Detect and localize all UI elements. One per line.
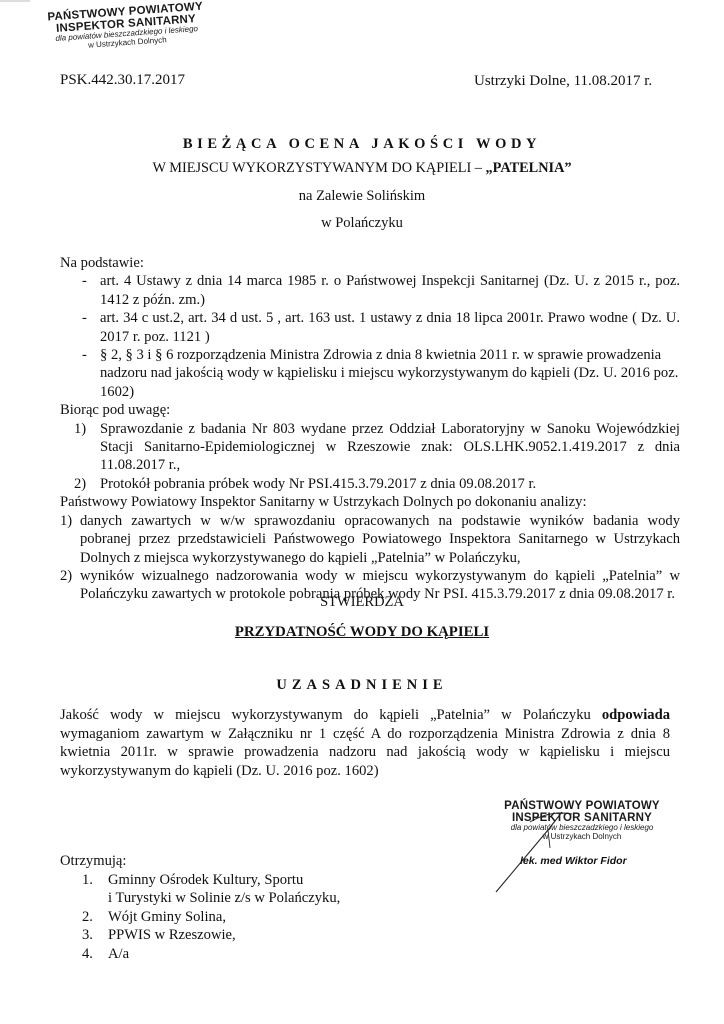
verdict-keyword: odpowiada [602,707,670,723]
site-name: „PATELNIA” [486,160,572,176]
document-title: BIEŻĄCA OCENA JAKOŚCI WODY [0,136,724,153]
verdict: PRZYDATNOŚĆ WODY DO KĄPIELI [0,624,724,641]
justification-text: Jakość wody w miejscu wykorzystywanym do… [60,706,670,780]
legal-basis-section: Na podstawie: -art. 4 Ustawy z dnia 14 m… [60,254,680,604]
justification-heading: UZASADNIENIE [0,677,724,694]
recipients-heading: Otrzymują: [60,852,340,871]
recipient-item: 1.Gminny Ośrodek Kultury, Sportui Turyst… [60,871,340,908]
legal-basis-item: -art. 34 c ust.2, art. 34 d ust. 5 , art… [60,309,680,346]
considering-heading: Biorąc pod uwagę: [60,401,680,419]
analysis-heading: Państwowy Powiatowy Inspektor Sanitarny … [60,493,680,511]
office-stamp: PAŃSTWOWY POWIATOWY INSPEKTOR SANITARNY … [40,0,212,53]
subtitle-prefix: W MIEJSCU WYKORZYSTYWANYM DO KĄPIELI – [152,160,485,176]
legal-basis-item: -art. 4 Ustawy z dnia 14 marca 1985 r. o… [60,272,680,309]
document-subtitle: W MIEJSCU WYKORZYSTYWANYM DO KĄPIELI – „… [0,160,724,177]
recipient-item: 2.Wójt Gminy Solina, [60,908,340,927]
scan-edge-artifact [0,0,30,2]
town-line: w Polańczyku [0,215,724,232]
case-reference: PSK.442.30.17.2017 [60,72,185,89]
legal-basis-item: -§ 2, § 3 i § 6 rozporządzenia Ministra … [60,346,680,401]
analysis-item: 1)danych zawartych w w/w sprawozdaniu op… [60,512,680,567]
place-and-date: Ustrzyki Dolne, 11.08.2017 r. [474,73,652,90]
recipient-item: 3.PPWIS w Rzeszowie, [60,926,340,945]
considering-item: 1)Sprawozdanie z badania Nr 803 wydane p… [60,420,680,475]
signatory-name: lek. med Wiktor Fidor [520,855,627,867]
location-line: na Zalewie Solińskim [0,188,724,205]
considering-item: 2)Protokół pobrania próbek wody Nr PSI.4… [60,475,680,493]
finding-label: STWIERDZA [0,594,724,611]
legal-basis-heading: Na podstawie: [60,254,680,272]
handwritten-signature-icon [490,808,580,898]
recipients-section: Otrzymują: 1.Gminny Ośrodek Kultury, Spo… [60,852,340,964]
recipient-item: 4.A/a [60,945,340,964]
